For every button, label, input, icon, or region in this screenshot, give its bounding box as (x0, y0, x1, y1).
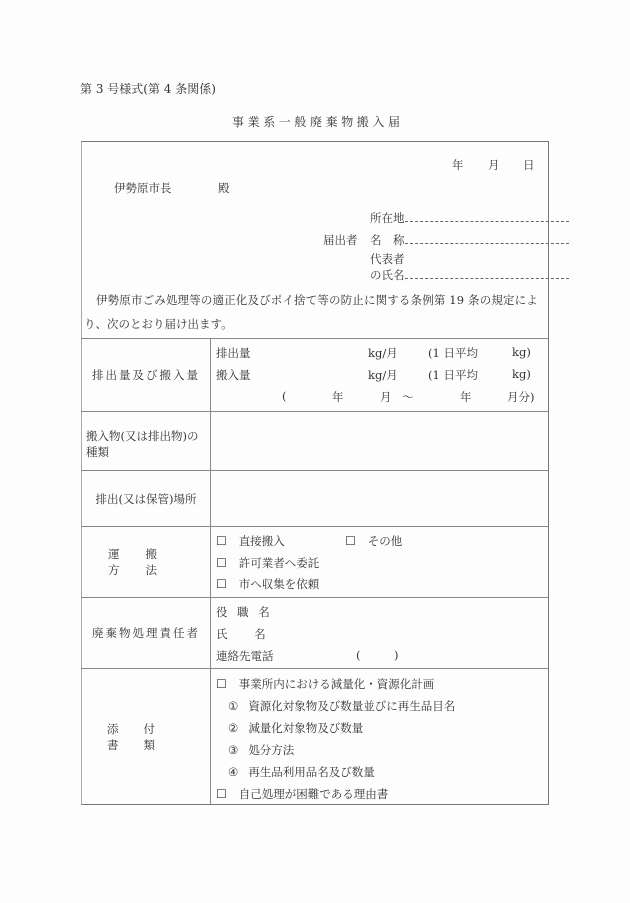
intake-item: 搬入量 (216, 367, 251, 383)
waste-type-input[interactable] (211, 412, 548, 470)
intake-avg-unit: kg) (512, 367, 531, 381)
period-open: ( (282, 389, 287, 403)
transport-option-direct[interactable]: ☐直接搬入 (216, 533, 285, 549)
name-field[interactable]: 名 称 (370, 232, 569, 248)
checkbox-icon[interactable]: ☐ (216, 577, 227, 591)
attachment-subitem-1: ①資源化対象物及び数量並びに再生品目名 (228, 698, 455, 714)
attachment-subitem-3: ③処分方法 (228, 742, 294, 758)
address-label: 所在地 (370, 211, 405, 225)
period-month-1: 月 (380, 389, 392, 405)
row-label-waste-type-1: 搬入物(又は排出物)の (86, 428, 198, 444)
representative-label-2: の氏名 (370, 268, 405, 282)
checkbox-icon[interactable]: ☐ (216, 677, 227, 691)
discharge-avg-unit: kg) (512, 345, 531, 359)
statement-line-1: 伊勢原市ごみ処理等の適正化及びポイ捨て等の防止に関する条例第 19 条の規定によ (96, 292, 538, 308)
statement-line-2: り、次のとおり届け出ます。 (84, 316, 233, 332)
representative-label-1: 代表者 (370, 251, 405, 267)
manager-title-label: 役 職 名 (216, 604, 273, 620)
period-month-2: 月分) (507, 389, 535, 405)
discharge-avg-label: (1 日平均 (428, 345, 478, 361)
location-input[interactable] (211, 471, 548, 526)
representative-field[interactable]: の氏名 (370, 267, 569, 283)
row-label-waste-type-2: 種類 (86, 444, 109, 460)
attachment-subitem-4: ④再生品利用品名及び数量 (228, 764, 375, 780)
intake-avg-label: (1 日平均 (428, 367, 478, 383)
period-year-1: 年 (332, 389, 344, 405)
date-day-label: 日 (523, 157, 535, 173)
attachment-reduction-plan[interactable]: ☐事業所内における減量化・資源化計画 (216, 676, 434, 692)
column-divider (210, 338, 211, 805)
addressee-honorific: 殿 (218, 180, 230, 196)
attachment-difficulty-reason[interactable]: ☐自己処理が困難である理由書 (216, 786, 388, 802)
checkbox-icon[interactable]: ☐ (216, 787, 227, 801)
period-tilde: ～ (402, 389, 414, 405)
manager-name-label: 氏 名 (216, 626, 266, 642)
addressee-name: 伊勢原市長 (114, 180, 172, 196)
address-blank[interactable] (405, 211, 569, 222)
intake-unit: kg/月 (368, 367, 398, 383)
checkbox-icon[interactable]: ☐ (345, 534, 356, 548)
transport-option-city[interactable]: ☐市へ収集を依頼 (216, 576, 319, 592)
manager-phone-label: 連絡先電話 (216, 648, 274, 664)
checkbox-icon[interactable]: ☐ (216, 534, 227, 548)
document-title: 事業系一般廃棄物搬入届 (232, 113, 404, 130)
address-field[interactable]: 所在地 (370, 210, 569, 226)
row-label-attachments: 添付書類 (82, 669, 210, 805)
row-label-location: 排出(又は保管)場所 (82, 471, 210, 526)
transport-option-contractor[interactable]: ☐許可業者へ委託 (216, 555, 319, 571)
phone-paren-open: ( (356, 648, 361, 662)
discharge-unit: kg/月 (368, 345, 398, 361)
row-label-transport: 運搬方法 (82, 527, 210, 597)
name-label: 名 称 (370, 233, 405, 247)
representative-blank[interactable] (405, 268, 569, 279)
discharge-item: 排出量 (216, 345, 251, 361)
applicant-label: 届出者 (323, 232, 358, 248)
name-blank[interactable] (405, 233, 569, 244)
row-label-amount: 排出量及び搬入量 (82, 339, 210, 411)
row-label-manager: 廃棄物処理責任者 (82, 598, 210, 668)
checkbox-icon[interactable]: ☐ (216, 556, 227, 570)
attachment-subitem-2: ②減量化対象物及び数量 (228, 720, 363, 736)
period-year-2: 年 (460, 389, 472, 405)
transport-option-other[interactable]: ☐その他 (345, 533, 402, 549)
date-year-label: 年 (452, 157, 464, 173)
date-month-label: 月 (488, 157, 500, 173)
phone-paren-close: ) (394, 648, 399, 662)
form-number: 第 3 号様式(第 4 条関係) (80, 80, 216, 97)
